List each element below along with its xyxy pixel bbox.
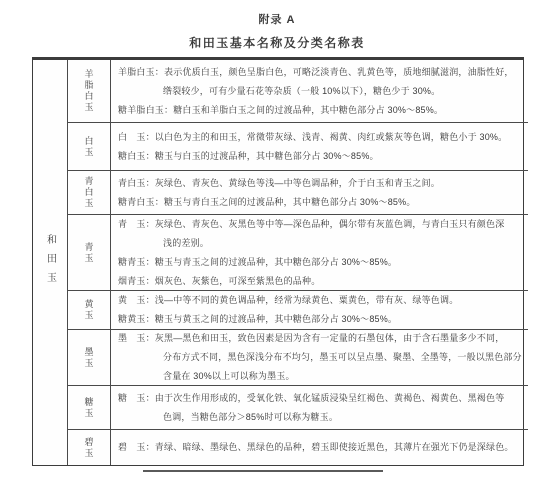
category-cell: 羊脂白玉	[68, 60, 111, 122]
description-line: 烟青玉：烟灰色、灰紫色，可深至紫黑色的品种。	[118, 272, 522, 291]
description-line: 分布方式不同，黑色深浅分布不均匀，墨玉可以呈点墨、聚墨、全墨等，一般以黑色部分	[118, 348, 522, 367]
description-line: 墨 玉：灰黑—黑色和田玉，致色因素是因为含有一定量的石墨包体，由于含石墨量多少不…	[118, 330, 522, 348]
description-line: 青白玉：灰绿色、青灰色、黄绿色等浅—中等色调品种，介于白玉和青玉之间。	[118, 174, 522, 193]
category-cell: 墨玉	[68, 330, 111, 385]
description-line: 羊脂白玉：表示优质白玉，颜色呈脂白色，可略泛淡青色、乳黄色等，质地细腻滋润，油脂…	[118, 63, 522, 82]
description-cell: 墨 玉：灰黑—黑色和田玉，致色因素是因为含有一定量的石墨包体，由于含石墨量多少不…	[111, 330, 528, 385]
description-line: 含量在 30%以上可以称为墨玉。	[118, 367, 522, 385]
description-line: 糖青玉：糖玉与青玉之间的过渡品种，其中糖色部分占 30%～85%。	[118, 253, 522, 272]
description-cell: 黄 玉：浅—中等不同的黄色调品种，经常为绿黄色、粟黄色，带有灰、绿等色调。 糖黄…	[111, 291, 528, 329]
table-row: 白玉 白 玉：以白色为主的和田玉，常微带灰绿、浅青、褐黄、肉红或紫灰等色调，糖色…	[68, 123, 528, 171]
category-cell: 青玉	[68, 215, 111, 290]
description-line: 糖黄玉：糖玉与黄玉之间的过渡品种，其中糖色部分占 30%～85%。	[118, 310, 522, 329]
description-line: 黄 玉：浅—中等不同的黄色调品种，经常为绿黄色、粟黄色，带有灰、绿等色调。	[118, 291, 522, 310]
description-line: 糖青白玉：糖玉与青白玉之间的过渡品种，其中糖色部分占 30%～85%。	[118, 193, 522, 212]
description-line: 色调，当糖色部分＞85%时可以称为糖玉。	[118, 408, 522, 427]
group-cell: 和田玉	[33, 60, 68, 465]
category-label: 羊脂白玉	[83, 69, 96, 113]
table-row: 青玉 青 玉：灰绿色、青灰色、灰黑色等中等—深色品种，偶尔带有灰蓝色调，与青白玉…	[68, 215, 528, 291]
category-cell: 青白玉	[68, 171, 111, 214]
page-title: 和田玉基本名称及分类名称表	[0, 27, 554, 51]
table-row: 青白玉 青白玉：灰绿色、青灰色、黄绿色等浅—中等色调品种，介于白玉和青玉之间。 …	[68, 171, 528, 215]
description-line: 碧 玉：青绿、暗绿、墨绿色、黑绿色的品种，碧玉即使接近黑色，其薄片在强光下仍是深…	[118, 438, 522, 457]
description-cell: 羊脂白玉：表示优质白玉，颜色呈脂白色，可略泛淡青色、乳黄色等，质地细腻滋润，油脂…	[111, 60, 528, 122]
category-cell: 白玉	[68, 123, 111, 170]
description-line: 糖 玉：由于次生作用形成的，受氧化铁、氧化锰质浸染呈红褐色、黄褐色、褐黄色、黑褐…	[118, 389, 522, 408]
category-label: 糖玉	[83, 397, 96, 419]
table-row: 碧玉 碧 玉：青绿、暗绿、墨绿色、黑绿色的品种，碧玉即使接近黑色，其薄片在强光下…	[68, 430, 528, 465]
description-line: 白 玉：以白色为主的和田玉，常微带灰绿、浅青、褐黄、肉红或紫灰等色调，糖色小于 …	[118, 128, 522, 147]
description-cell: 碧 玉：青绿、暗绿、墨绿色、黑绿色的品种，碧玉即使接近黑色，其薄片在强光下仍是深…	[111, 430, 528, 465]
category-label: 青白玉	[83, 176, 96, 209]
footer-divider	[143, 470, 383, 472]
group-label: 和田玉	[43, 234, 58, 291]
classification-table: 和田玉 羊脂白玉 羊脂白玉：表示优质白玉，颜色呈脂白色，可略泛淡青色、乳黄色等，…	[32, 57, 524, 466]
category-cell: 碧玉	[68, 430, 111, 465]
table-row: 糖玉 糖 玉：由于次生作用形成的，受氧化铁、氧化锰质浸染呈红褐色、黄褐色、褐黄色…	[68, 386, 528, 430]
description-cell: 糖 玉：由于次生作用形成的，受氧化铁、氧化锰质浸染呈红褐色、黄褐色、褐黄色、黑褐…	[111, 386, 528, 429]
table-row: 墨玉 墨 玉：灰黑—黑色和田玉，致色因素是因为含有一定量的石墨包体，由于含石墨量…	[68, 330, 528, 386]
table-rows: 羊脂白玉 羊脂白玉：表示优质白玉，颜色呈脂白色，可略泛淡青色、乳黄色等，质地细腻…	[68, 60, 528, 465]
description-line: 糖白玉：糖玉与白玉的过渡品种，其中糖色部分占 30%～85%。	[118, 147, 522, 166]
description-cell: 白 玉：以白色为主的和田玉，常微带灰绿、浅青、褐黄、肉红或紫灰等色调，糖色小于 …	[111, 123, 528, 170]
category-cell: 糖玉	[68, 386, 111, 429]
category-cell: 黄玉	[68, 291, 111, 329]
category-label: 黄玉	[83, 299, 96, 321]
description-cell: 青白玉：灰绿色、青灰色、黄绿色等浅—中等色调品种，介于白玉和青玉之间。 糖青白玉…	[111, 171, 528, 214]
category-label: 白玉	[83, 136, 96, 158]
description-line: 浅的差别。	[118, 234, 522, 253]
category-label: 墨玉	[83, 347, 96, 369]
description-cell: 青 玉：灰绿色、青灰色、灰黑色等中等—深色品种，偶尔带有灰蓝色调，与青白玉只有颜…	[111, 215, 528, 290]
table-row: 黄玉 黄 玉：浅—中等不同的黄色调品种，经常为绿黄色、粟黄色，带有灰、绿等色调。…	[68, 291, 528, 330]
table-row: 羊脂白玉 羊脂白玉：表示优质白玉，颜色呈脂白色，可略泛淡青色、乳黄色等，质地细腻…	[68, 60, 528, 123]
description-line: 糖羊脂白玉：糖白玉和羊脂白玉之间的过渡品种，其中糖色部分占 30%～85%。	[118, 101, 522, 120]
description-line: 绺裂较少，可有少量石花等杂质（一般 10%以下），糖色少于 30%。	[118, 82, 522, 101]
description-line: 青 玉：灰绿色、青灰色、灰黑色等中等—深色品种，偶尔带有灰蓝色调，与青白玉只有颜…	[118, 215, 522, 234]
category-label: 青玉	[83, 242, 96, 264]
category-label: 碧玉	[83, 437, 96, 459]
appendix-label: 附录 A	[0, 0, 554, 27]
